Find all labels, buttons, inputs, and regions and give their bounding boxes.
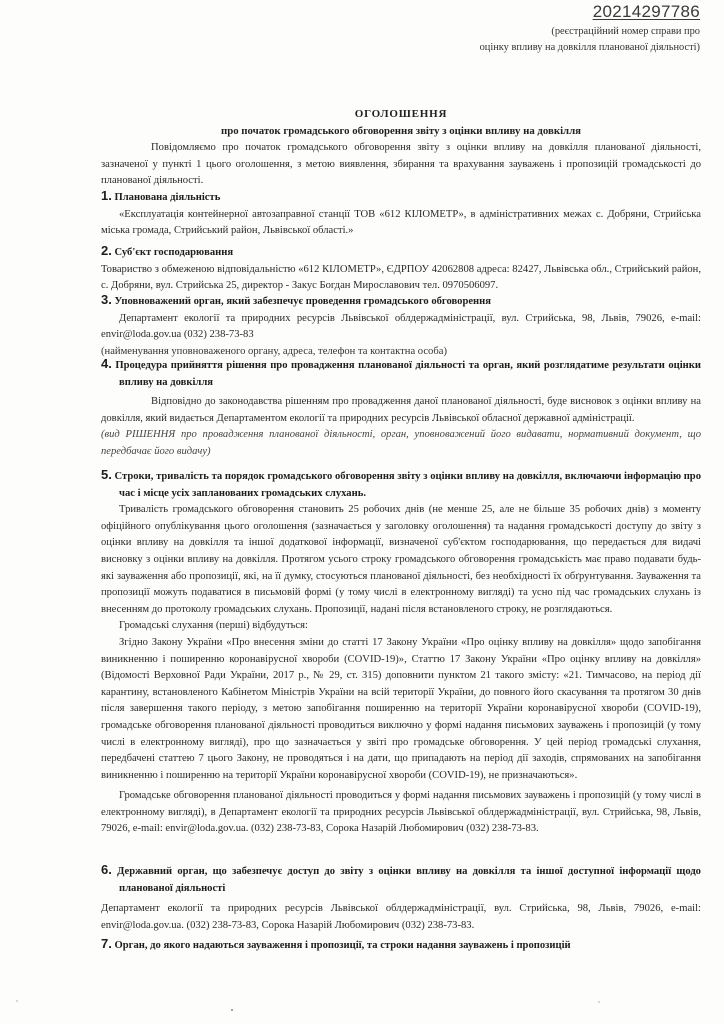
scan-speck — [16, 1000, 18, 1002]
section-2: 2. Суб'єкт господарювання Товариство з о… — [101, 243, 701, 295]
section-number: 7. — [101, 936, 112, 951]
scan-speck — [598, 1001, 600, 1003]
section-heading-text: Суб'єкт господарювання — [115, 247, 234, 258]
intro-paragraph: Повідомляємо про початок громадського об… — [101, 140, 701, 190]
section-5-paragraph-procedure: Громадське обговорення планованої діяльн… — [101, 788, 701, 838]
section-number: 3. — [101, 292, 112, 307]
registration-note-line2: оцінку впливу на довкілля планованої дія… — [480, 40, 700, 56]
document-title: ОГОЛОШЕННЯ — [101, 106, 701, 123]
registration-number: 20214297786 — [593, 2, 700, 22]
section-5: 5. Строки, тривалість та порядок громадс… — [101, 467, 701, 838]
section-6-paragraph: Департамент екології та природних ресурс… — [101, 901, 701, 934]
section-6-heading: 6. Державний орган, що забезпечує доступ… — [101, 862, 701, 897]
section-heading-text: Планована діяльність — [115, 192, 221, 203]
intro-block: Повідомляємо про початок громадського об… — [101, 140, 701, 190]
scan-speck — [231, 1009, 233, 1011]
section-3-heading: 3. Уповноважений орган, який забезпечує … — [101, 292, 701, 311]
section-heading-text: Процедура прийняття рішення про провадже… — [115, 360, 701, 388]
section-heading-text: Орган, до якого надаються зауваження і п… — [115, 940, 571, 951]
section-number: 1. — [101, 188, 112, 203]
section-4-note: (вид РІШЕННЯ про провадження планованої … — [101, 427, 701, 460]
section-3: 3. Уповноважений орган, який забезпечує … — [101, 292, 701, 360]
section-number: 2. — [101, 243, 112, 258]
section-2-heading: 2. Суб'єкт господарювання — [101, 243, 701, 262]
document-subtitle: про початок громадського обговорення зві… — [101, 123, 701, 140]
section-6: 6. Державний орган, що забезпечує доступ… — [101, 862, 701, 934]
registration-note: (реєстраційний номер справи про оцінку в… — [480, 24, 700, 56]
section-1: 1. Планована діяльність «Експлуатація ко… — [101, 188, 701, 240]
registration-note-line1: (реєстраційний номер справи про — [480, 24, 700, 40]
section-heading-text: Уповноважений орган, який забезпечує про… — [115, 296, 492, 307]
section-5-paragraph-law: Згідно Закону України «Про внесення змін… — [101, 635, 701, 784]
section-number: 4. — [101, 356, 112, 371]
section-number: 5. — [101, 467, 112, 482]
section-number: 6. — [101, 862, 112, 877]
section-4: 4. Процедура прийняття рішення про прова… — [101, 356, 701, 461]
section-5-heading: 5. Строки, тривалість та порядок громадс… — [101, 467, 701, 502]
section-7: 7. Орган, до якого надаються зауваження … — [101, 936, 701, 955]
section-1-paragraph: «Експлуатація контейнерної автозаправної… — [101, 207, 701, 240]
section-3-paragraph: Департамент екології та природних ресурс… — [101, 311, 701, 344]
section-1-heading: 1. Планована діяльність — [101, 188, 701, 207]
section-7-heading: 7. Орган, до якого надаються зауваження … — [101, 936, 701, 955]
section-heading-text: Державний орган, що забезпечує доступ до… — [117, 866, 701, 894]
section-heading-text: Строки, тривалість та порядок громадсько… — [115, 471, 701, 499]
section-2-paragraph: Товариство з обмеженою відповідальністю … — [101, 262, 701, 295]
section-5-paragraph-hearings: Громадські слухання (перші) відбудуться: — [101, 618, 701, 635]
section-5-paragraph-duration: Тривалість громадського обговорення стан… — [101, 502, 701, 618]
section-4-paragraph: Відповідно до законодавства рішенням про… — [101, 394, 701, 427]
section-4-heading: 4. Процедура прийняття рішення про прова… — [101, 356, 701, 391]
